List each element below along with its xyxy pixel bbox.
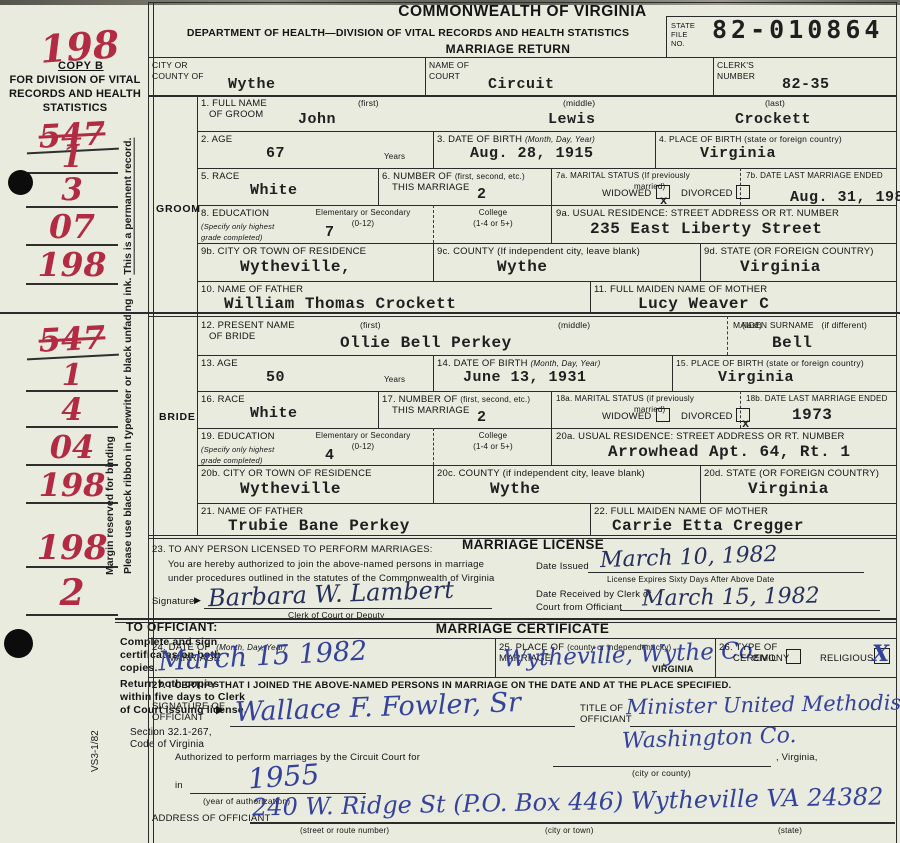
cell-line bbox=[495, 638, 496, 677]
field-8-note: (Specify only highestgrade completed) bbox=[201, 222, 274, 243]
bride-present-name: Ollie Bell Perkey bbox=[340, 335, 512, 351]
row-line bbox=[197, 355, 897, 356]
bride-marriage-number: 2 bbox=[477, 410, 487, 426]
license-title: MARRIAGE LICENSE bbox=[462, 540, 604, 551]
field-7b-label: 7b. DATE LAST MARRIAGE ENDED bbox=[746, 171, 883, 182]
groom-section-label: GROOM bbox=[156, 204, 201, 215]
cell-line bbox=[713, 57, 714, 95]
officiant-signature-line bbox=[230, 726, 575, 727]
court-label-1: NAME OF bbox=[429, 60, 469, 70]
field-19-note-1: (Specify only highest bbox=[201, 445, 274, 454]
ink-note-text: Please use black ribbon in typewriter or… bbox=[122, 275, 134, 574]
field-17-label-2: THIS MARRIAGE bbox=[382, 405, 470, 416]
row-line bbox=[148, 57, 897, 58]
row-line bbox=[197, 428, 897, 429]
margin-red-number: 1 bbox=[26, 140, 118, 174]
cell-line bbox=[378, 168, 379, 205]
city-hint: (city or town) bbox=[545, 826, 594, 837]
religious-label: RELIGIOUS bbox=[820, 653, 874, 664]
virginia-printed: VIRGINIA bbox=[652, 664, 694, 675]
bride-section-label: BRIDE bbox=[159, 412, 196, 423]
field-8-col2-2: (1-4 or 5+) bbox=[473, 219, 513, 228]
groom-last-marriage-ended: Aug. 31, 1981 bbox=[790, 190, 900, 206]
cell-line bbox=[425, 57, 426, 95]
field-26-label-1: 26. TYPE OF bbox=[719, 642, 778, 653]
field-14-label: 14. DATE OF BIRTH (Month, Day, Year) bbox=[437, 358, 601, 369]
cell-line bbox=[700, 243, 701, 281]
hint-last: (last) bbox=[765, 98, 785, 109]
field-22-label: 22. FULL MAIDEN NAME OF MOTHER bbox=[594, 506, 768, 517]
cell-line bbox=[433, 243, 434, 281]
virginia-suffix: , Virginia, bbox=[776, 753, 818, 764]
court-value: Circuit bbox=[488, 77, 555, 93]
row-line bbox=[197, 205, 897, 206]
authorized-place-line bbox=[553, 766, 771, 767]
bride-father-name: Trubie Bane Perkey bbox=[228, 518, 410, 534]
field-17-label: 17. NUMBER OF (first, second, etc.)THIS … bbox=[382, 394, 530, 416]
field-19-col1-label: Elementary or Secondary(0-12) bbox=[295, 431, 431, 452]
field-8-col1-1: Elementary or Secondary bbox=[316, 208, 411, 217]
cell-line bbox=[672, 355, 673, 391]
form-code: VS3-1/82 bbox=[90, 700, 101, 772]
bride-birth-date: June 13, 1931 bbox=[463, 370, 587, 386]
cell-line bbox=[433, 131, 434, 168]
civil-checkbox bbox=[786, 649, 801, 664]
field-13-label: 13. AGE bbox=[201, 358, 238, 369]
city-county-label-1: CITY OR bbox=[152, 60, 188, 70]
field-20a-label: 20a. USUAL RESIDENCE: STREET ADDRESS OR … bbox=[556, 431, 845, 442]
received-label-2: Court from Officiant bbox=[536, 602, 622, 613]
bride-birth-place: Virginia bbox=[718, 370, 794, 386]
field-14-hint: (Month, Day, Year) bbox=[531, 359, 601, 368]
cell-line-dashed bbox=[433, 205, 434, 243]
officiant-title-label: TITLE OFOFFICIANT bbox=[580, 703, 632, 725]
sig-label-2: OFFICIANT bbox=[152, 712, 204, 723]
hint-middle: (middle) bbox=[558, 320, 590, 331]
bride-last-marriage-ended: 1973 bbox=[792, 407, 832, 423]
widowed-label: WIDOWED bbox=[602, 411, 651, 422]
officiant-signature-value: Wallace F. Fowler, Sr bbox=[235, 687, 522, 728]
groom-age: 67 bbox=[266, 146, 285, 162]
code-section-ref-1: Section 32.1-267, bbox=[130, 728, 212, 739]
title-label-2: OFFICIANT bbox=[580, 714, 632, 725]
form-border bbox=[148, 2, 149, 843]
field-2-label: 2. AGE bbox=[201, 134, 232, 145]
date-issued-line bbox=[588, 572, 864, 573]
row-line bbox=[197, 168, 897, 169]
license-text-1: You are hereby authorized to join the ab… bbox=[168, 559, 484, 570]
bride-city: Wytheville bbox=[240, 481, 341, 497]
bride-street-address: Arrowhead Apt. 64, Rt. 1 bbox=[608, 444, 850, 460]
groom-birth-place: Virginia bbox=[700, 146, 776, 162]
clerk-number-label: CLERK'SNUMBER bbox=[717, 60, 755, 81]
row-line bbox=[197, 243, 897, 244]
date-issued-label: Date Issued bbox=[536, 561, 589, 572]
city-county-hint: (city or county) bbox=[632, 768, 691, 779]
field-19-note: (Specify only highestgrade completed) bbox=[201, 445, 274, 466]
field-20b-label: 20b. CITY OR TOWN OF RESIDENCE bbox=[201, 468, 372, 479]
widowed-checkbox bbox=[656, 408, 670, 422]
field-17-label-1: 17. NUMBER OF bbox=[382, 394, 457, 405]
maiden-surname-label: MAIDEN SURNAME (if different) bbox=[733, 320, 867, 331]
divorced-mark: x bbox=[742, 416, 750, 432]
field-19-col2-2: (1-4 or 5+) bbox=[473, 442, 513, 451]
field-19-col1-2: (0-12) bbox=[352, 442, 375, 451]
signature-label: Signature bbox=[152, 596, 194, 607]
state-file-label: STATEFILENO. bbox=[671, 21, 695, 48]
margin-red-number: 07 bbox=[26, 207, 118, 246]
field-6-label-1: 6. NUMBER OF bbox=[382, 171, 452, 182]
groom-city: Wytheville, bbox=[240, 259, 351, 275]
field-18b-label: 18b. DATE LAST MARRIAGE ENDED bbox=[746, 394, 888, 405]
state-file-label-2: FILE bbox=[671, 30, 688, 39]
hint-first: (first) bbox=[358, 98, 379, 109]
cell-line bbox=[700, 465, 701, 503]
maiden-label-text: MAIDEN SURNAME bbox=[733, 320, 814, 330]
field-17-hint: (first, second, etc.) bbox=[460, 395, 530, 404]
permanent-record-note: This is a permanent record. bbox=[122, 138, 134, 275]
row-line bbox=[148, 638, 897, 639]
years-label: Years bbox=[384, 152, 405, 163]
groom-county: Wythe bbox=[497, 259, 548, 275]
field-8-label: 8. EDUCATION bbox=[201, 208, 269, 219]
authorized-place-value: Washington Co. bbox=[622, 723, 797, 754]
row-line bbox=[148, 95, 897, 97]
field-3-label: 3. DATE OF BIRTH (Month, Day, Year) bbox=[437, 134, 595, 145]
field-23-label: 23. TO ANY PERSON LICENSED TO PERFORM MA… bbox=[152, 544, 433, 555]
field-1-label: 1. FULL NAMEOF GROOM bbox=[201, 98, 267, 120]
street-hint: (street or route number) bbox=[300, 826, 389, 837]
address-line bbox=[250, 822, 895, 824]
widowed-label: WIDOWED bbox=[602, 188, 651, 199]
cell-line bbox=[551, 391, 552, 428]
state-file-label-1: STATE bbox=[671, 21, 695, 30]
field-20d-label: 20d. STATE (OR FOREIGN COUNTRY) bbox=[704, 468, 879, 479]
groom-mother-name: Lucy Weaver C bbox=[638, 296, 769, 312]
bride-state: Virginia bbox=[748, 481, 829, 497]
field-21-label: 21. NAME OF FATHER bbox=[201, 506, 303, 517]
row-line bbox=[197, 391, 897, 392]
side-column-line bbox=[197, 95, 198, 535]
state-file-box-line bbox=[666, 16, 667, 57]
officiant-signature-label: SIGNATURE OFOFFICIANT bbox=[152, 701, 225, 723]
title-label-1: TITLE OF bbox=[580, 703, 623, 714]
field-8-note-1: (Specify only highest bbox=[201, 222, 274, 231]
signature-line bbox=[204, 608, 492, 609]
marriage-return-document: 198 COPY B FOR DIVISION OF VITAL RECORDS… bbox=[0, 0, 900, 843]
field-15-label: 15. PLACE OF BIRTH (state or foreign cou… bbox=[676, 358, 894, 369]
cell-line-dashed bbox=[727, 316, 728, 355]
form-border bbox=[896, 2, 897, 843]
groom-race: White bbox=[250, 183, 298, 199]
cell-line bbox=[433, 465, 434, 503]
cell-line bbox=[590, 503, 591, 535]
cell-line bbox=[590, 281, 591, 312]
section-separator bbox=[148, 535, 897, 536]
hint-first: (first) bbox=[360, 320, 381, 331]
sig-label-1: SIGNATURE OF bbox=[152, 701, 225, 712]
field-8-col1-label: Elementary or Secondary(0-12) bbox=[295, 208, 431, 229]
groom-father-name: William Thomas Crockett bbox=[224, 296, 456, 312]
hole-punch bbox=[4, 629, 33, 658]
date-issued-value: March 10, 1982 bbox=[600, 542, 778, 573]
field-18a-label-1: 18a. MARITAL STATUS (if previously bbox=[556, 394, 694, 403]
groom-middle-name: Lewis bbox=[548, 112, 596, 128]
field-19-label: 19. EDUCATION bbox=[201, 431, 275, 442]
officiant-title-value: Minister United Methodist Church bbox=[626, 689, 900, 719]
section-separator bbox=[148, 316, 897, 317]
cell-line bbox=[551, 205, 552, 243]
divorced-label: DIVORCED bbox=[681, 188, 733, 199]
binding-margin-note: Margin reserved for binding bbox=[104, 255, 116, 575]
cell-line-dashed bbox=[433, 428, 434, 465]
clerk-label-2: NUMBER bbox=[717, 71, 755, 81]
groom-education: 7 bbox=[325, 225, 335, 241]
row-line bbox=[197, 131, 897, 132]
bride-race: White bbox=[250, 406, 298, 422]
section-separator bbox=[0, 312, 900, 314]
cell-line bbox=[655, 131, 656, 168]
city-county-value: Wythe bbox=[228, 77, 276, 93]
date-received-line bbox=[620, 610, 880, 611]
section-separator bbox=[115, 618, 897, 620]
officiant-address-value: 240 W. Ridge St (P.O. Box 446) Wythevill… bbox=[252, 782, 884, 821]
row-line bbox=[197, 465, 897, 466]
arrow-marker-icon: ▶ bbox=[194, 595, 201, 606]
field-8-col2-label: College(1-4 or 5+) bbox=[443, 208, 543, 229]
field-19-note-2: grade completed) bbox=[201, 456, 263, 465]
form-name: MARRIAGE RETURN bbox=[148, 44, 868, 55]
field-6-label: 6. NUMBER OF (first, second, etc.)THIS M… bbox=[382, 171, 525, 193]
city-county-label-2: COUNTY OF bbox=[152, 71, 204, 81]
row-line bbox=[148, 677, 897, 678]
religious-mark: X bbox=[872, 641, 889, 667]
field-4-label: 4. PLACE OF BIRTH (state or foreign coun… bbox=[659, 134, 894, 145]
groom-state: Virginia bbox=[740, 259, 821, 275]
city-county-label: CITY ORCOUNTY OF bbox=[152, 60, 204, 81]
received-label-1: Date Received by Clerk of bbox=[536, 589, 651, 600]
hole-punch bbox=[8, 170, 33, 195]
state-file-number: 82-010864 bbox=[712, 22, 883, 38]
groom-street-address: 235 East Liberty Street bbox=[590, 221, 822, 237]
field-3-label-text: 3. DATE OF BIRTH bbox=[437, 134, 522, 145]
field-12-label-1: 12. PRESENT NAME bbox=[201, 320, 295, 331]
field-19-col1-1: Elementary or Secondary bbox=[316, 431, 411, 440]
cell-line bbox=[551, 168, 552, 205]
groom-marriage-number: 2 bbox=[477, 187, 487, 203]
field-1-label-2: OF GROOM bbox=[201, 109, 263, 120]
cell-line bbox=[551, 428, 552, 465]
hint-middle: (middle) bbox=[563, 98, 595, 109]
field-10-label: 10. NAME OF FATHER bbox=[201, 284, 303, 295]
bride-maiden-surname: Bell bbox=[772, 335, 812, 351]
bride-age: 50 bbox=[266, 370, 285, 386]
field-11-label: 11. FULL MAIDEN NAME OF MOTHER bbox=[594, 284, 767, 295]
state-hint: (state) bbox=[778, 826, 802, 837]
groom-last-name: Crockett bbox=[735, 112, 811, 128]
field-9d-label: 9d. STATE (OR FOREIGN COUNTRY) bbox=[704, 246, 874, 257]
ink-instruction-note: Please use black ribbon in typewriter or… bbox=[122, 62, 134, 574]
field-19-col2-label: College(1-4 or 5+) bbox=[443, 431, 543, 452]
state-file-label-3: NO. bbox=[671, 39, 685, 48]
bride-education: 4 bbox=[325, 448, 335, 464]
code-section-ref-2: Code of Virginia bbox=[130, 740, 204, 751]
field-9b-label: 9b. CITY OR TOWN OF RESIDENCE bbox=[201, 246, 366, 257]
clerk-label-1: CLERK'S bbox=[717, 60, 754, 70]
court-label: NAME OFCOURT bbox=[429, 60, 469, 81]
years-label: Years bbox=[384, 375, 405, 386]
field-14-label-text: 14. DATE OF BIRTH bbox=[437, 358, 528, 369]
field-12-label-2: OF BRIDE bbox=[201, 331, 255, 342]
date-received-value: March 15, 1982 bbox=[642, 583, 820, 611]
row-line bbox=[197, 281, 897, 282]
form-department: DEPARTMENT OF HEALTH—DIVISION OF VITAL R… bbox=[150, 28, 666, 39]
field-5-label: 5. RACE bbox=[201, 171, 239, 182]
bride-mother-name: Carrie Etta Cregger bbox=[612, 518, 804, 534]
field-19-col2-1: College bbox=[479, 431, 508, 440]
field-6-hint: (first, second, etc.) bbox=[455, 172, 525, 181]
field-16-label: 16. RACE bbox=[201, 394, 245, 405]
clerk-number-value: 82-35 bbox=[782, 77, 830, 93]
field-8-note-2: grade completed) bbox=[201, 233, 263, 242]
court-label-2: COURT bbox=[429, 71, 460, 81]
field-12-label: 12. PRESENT NAMEOF BRIDE bbox=[201, 320, 295, 342]
divorced-checkbox bbox=[736, 185, 750, 199]
field-1-label-1: 1. FULL NAME bbox=[201, 98, 267, 109]
field-20c-label: 20c. COUNTY (if independent city, leave … bbox=[437, 468, 645, 479]
margin-red-number: 3 bbox=[26, 172, 118, 208]
bride-county: Wythe bbox=[490, 481, 541, 497]
copy-label: COPY B bbox=[58, 61, 104, 72]
field-8-col1-2: (0-12) bbox=[352, 219, 375, 228]
civil-label: CIVIL bbox=[752, 653, 777, 664]
row-line bbox=[197, 503, 897, 504]
widowed-mark: x bbox=[660, 193, 668, 209]
margin-red-number: 2 bbox=[26, 572, 118, 616]
field-7a-label-1: 7a. MARITAL STATUS (If previously bbox=[556, 171, 690, 180]
field-9a-label: 9a. USUAL RESIDENCE: STREET ADDRESS OR R… bbox=[556, 208, 839, 219]
authorization-year-value: 1955 bbox=[247, 758, 320, 796]
cell-line bbox=[378, 391, 379, 428]
divorced-label: DIVORCED bbox=[681, 411, 733, 422]
groom-birth-date: Aug. 28, 1915 bbox=[470, 146, 594, 162]
field-3-hint: (Month, Day, Year) bbox=[525, 135, 595, 144]
cell-line bbox=[433, 355, 434, 391]
in-label: in bbox=[175, 781, 183, 792]
arrow-marker-icon: ▶ bbox=[216, 705, 225, 716]
field-8-col2-1: College bbox=[479, 208, 508, 217]
field-6-label-2: THIS MARRIAGE bbox=[382, 182, 470, 193]
certificate-title: MARRIAGE CERTIFICATE bbox=[148, 624, 897, 635]
groom-first-name: John bbox=[298, 112, 336, 128]
field-9c-label: 9c. COUNTY (If independent city, leave b… bbox=[437, 246, 640, 257]
maiden-hint: (if different) bbox=[821, 320, 867, 330]
